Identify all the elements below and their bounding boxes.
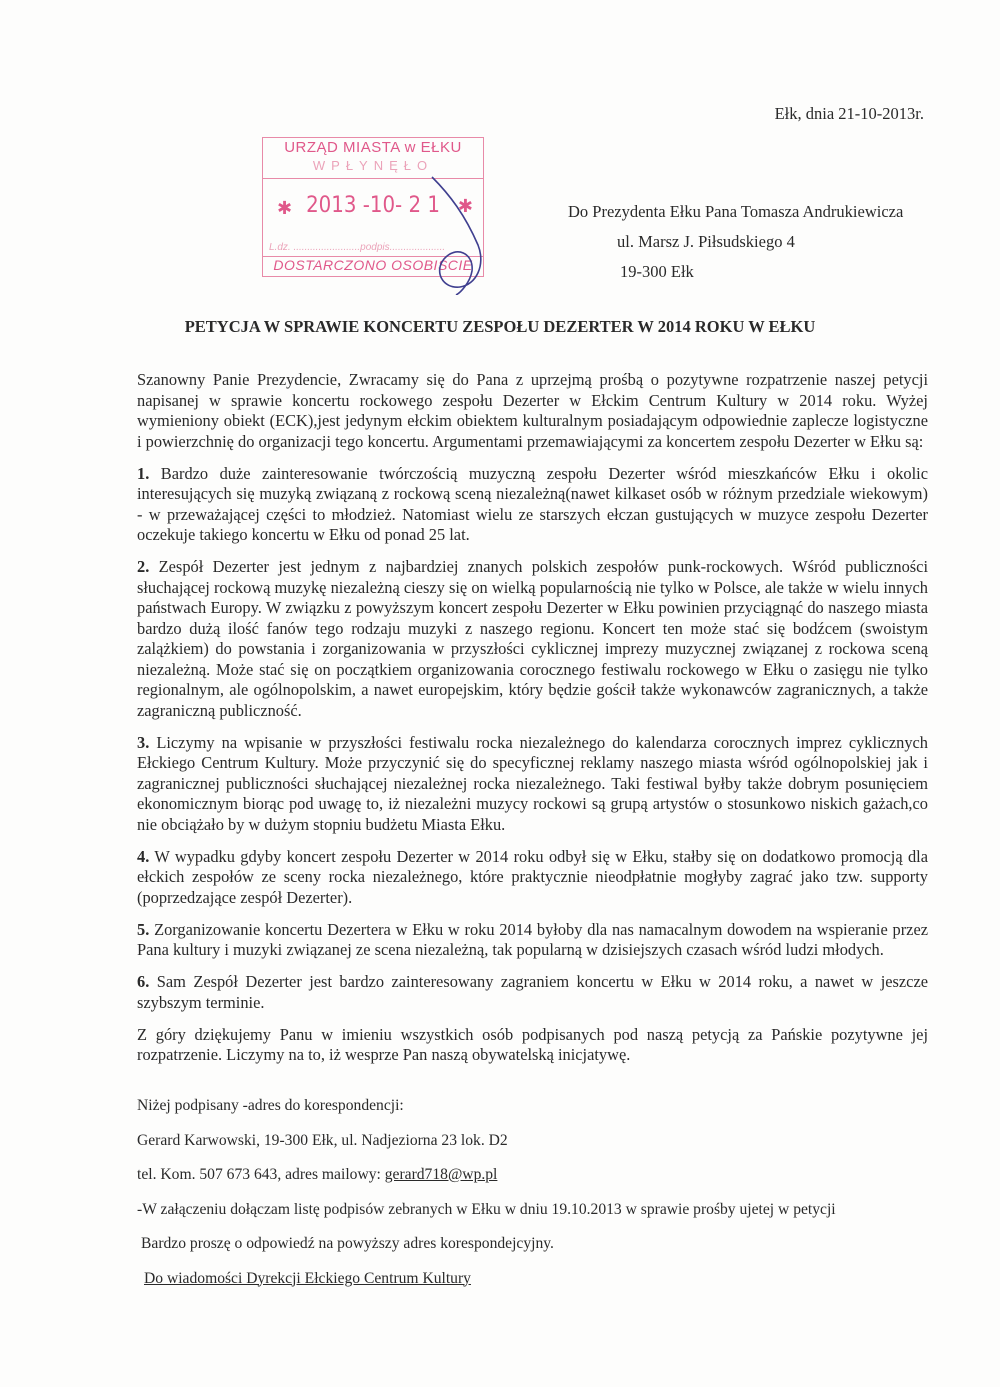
point-4: 4. W wypadku gdyby koncert zespołu Dezer… xyxy=(137,847,928,909)
sender-address: Gerard Karwowski, 19-300 Ełk, ul. Nadjez… xyxy=(137,1131,937,1151)
contact-line: tel. Kom. 507 673 643, adres mailowy: ge… xyxy=(137,1165,937,1185)
addressee-street: ul. Marsz J. Piłsudskiego 4 xyxy=(568,227,903,257)
cc-line: Do wiadomości Dyrekcji Ełckiego Centrum … xyxy=(137,1269,937,1289)
stamp-ldz: L.dz. ........................podpis....… xyxy=(269,242,445,253)
handwritten-signature-icon xyxy=(430,175,500,295)
stamp-office: URZĄD MIASTA w EŁKU xyxy=(263,139,483,156)
stamp-received: WPŁYNĘŁO xyxy=(263,158,483,173)
closing-block: Niżej podpisany -adres do korespondencji… xyxy=(137,1096,937,1303)
place-date: Ełk, dnia 21-10-2013r. xyxy=(775,104,924,124)
point-5: 5. Zorganizowanie koncertu Dezertera w E… xyxy=(137,920,928,961)
addressee-name: Do Prezydenta Ełku Pana Tomasza Andrukie… xyxy=(568,197,903,227)
point-2: 2. Zespół Dezerter jest jednym z najbard… xyxy=(137,557,928,721)
addressee-city: 19-300 Ełk xyxy=(568,257,903,287)
addressee-block: Do Prezydenta Ełku Pana Tomasza Andrukie… xyxy=(568,197,903,287)
document-page: Ełk, dnia 21-10-2013r. URZĄD MIASTA w EŁ… xyxy=(0,0,1000,1387)
petition-body: Szanowny Panie Prezydencie, Zwracamy się… xyxy=(137,370,928,1077)
thanks-paragraph: Z góry dziękujemy Panu w imieniu wszystk… xyxy=(137,1025,928,1066)
attachment-note: -W załączeniu dołączam listę podpisów ze… xyxy=(137,1200,937,1220)
signed-label: Niżej podpisany -adres do korespondencji… xyxy=(137,1096,937,1116)
point-3: 3. Liczymy na wpisanie w przyszłości fes… xyxy=(137,733,928,836)
document-title: PETYCJA W SPRAWIE KONCERTU ZESPOŁU DEZER… xyxy=(0,317,1000,337)
intro-paragraph: Szanowny Panie Prezydencie, Zwracamy się… xyxy=(137,370,928,452)
reply-request: Bardzo proszę o odpowiedź na powyższy ad… xyxy=(137,1234,937,1254)
point-6: 6. Sam Zespół Dezerter jest bardzo zaint… xyxy=(137,972,928,1013)
email-link[interactable]: gerard718@wp.pl xyxy=(385,1166,498,1183)
point-1: 1. Bardzo duże zainteresowanie twórczośc… xyxy=(137,464,928,546)
